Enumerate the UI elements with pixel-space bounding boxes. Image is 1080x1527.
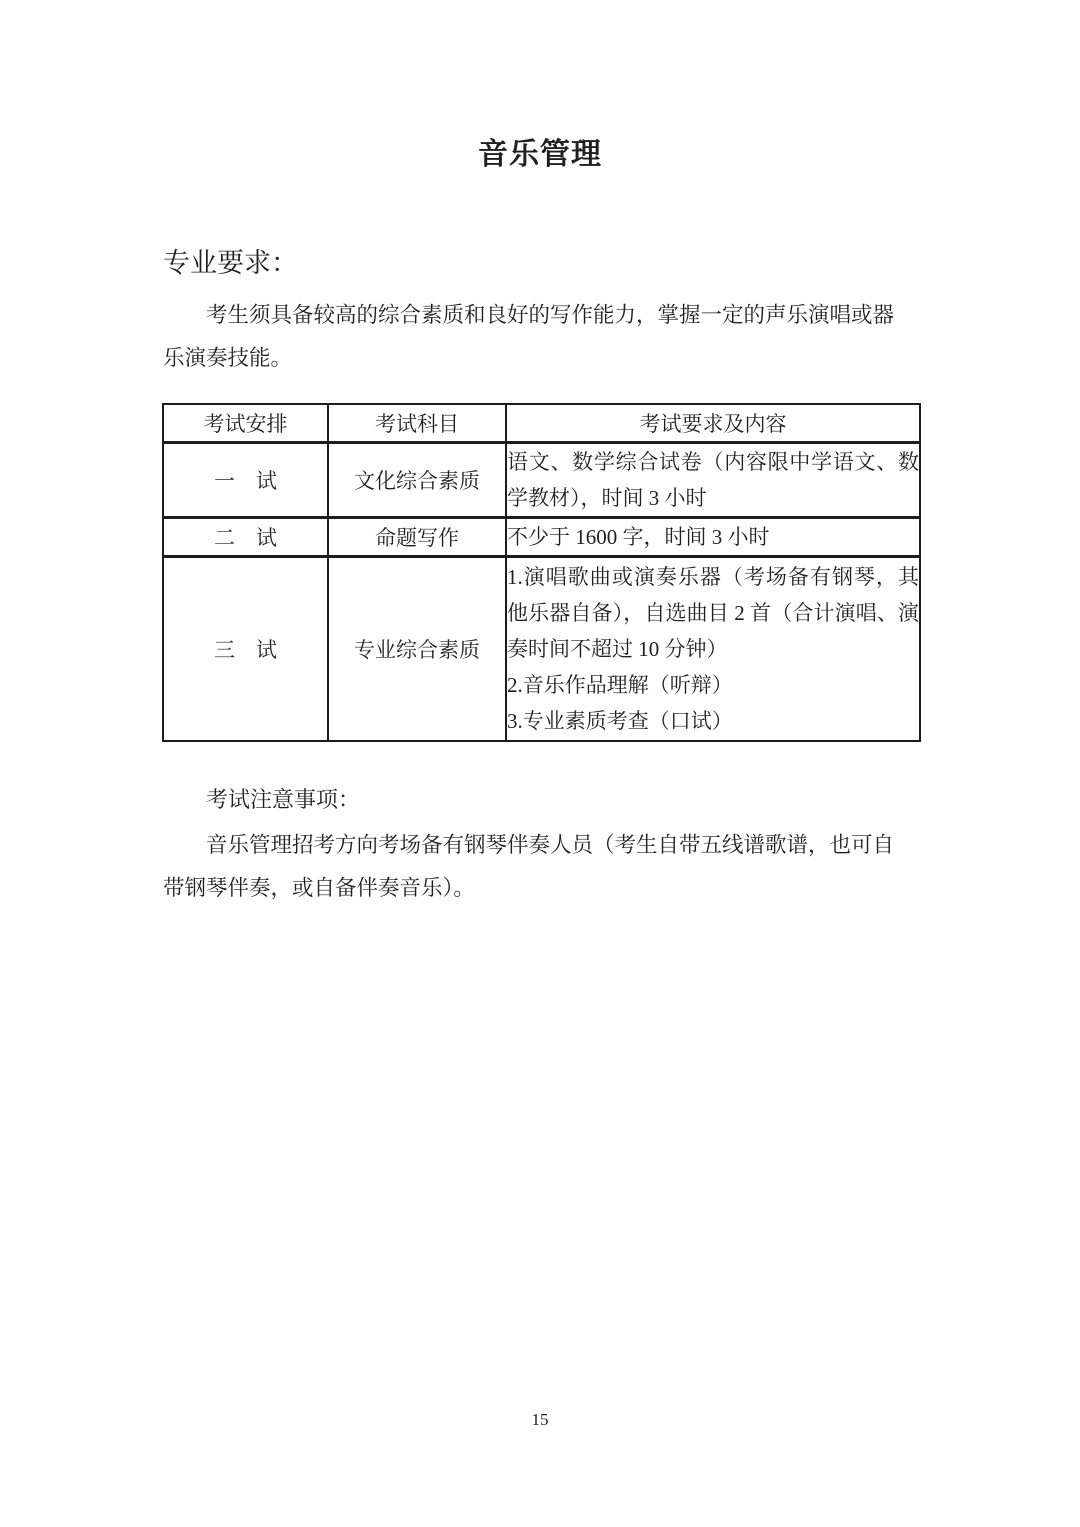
page-number: 15 bbox=[0, 1410, 1080, 1430]
content-cell: 不少于 1600 字，时间 3 小时 bbox=[506, 518, 920, 557]
header-cell-content: 考试要求及内容 bbox=[506, 404, 920, 443]
page-title: 音乐管理 bbox=[0, 133, 1080, 177]
table-row: 二 试命题写作不少于 1600 字，时间 3 小时 bbox=[163, 518, 920, 557]
exam-table-body: 一 试文化综合素质语文、数学综合试卷（内容限中学语文、数学教材），时间 3 小时… bbox=[163, 443, 920, 742]
content-item: 语文、数学综合试卷（内容限中学语文、数学教材），时间 3 小时 bbox=[507, 444, 919, 516]
document-page: 音乐管理 专业要求： 考生须具备较高的综合素质和良好的写作能力，掌握一定的声乐演… bbox=[0, 0, 1080, 1527]
arrangement-cell: 一 试 bbox=[163, 443, 328, 518]
notes-heading: 考试注意事项： bbox=[163, 784, 920, 816]
arrangement-cell: 二 试 bbox=[163, 518, 328, 557]
content-item: 3.专业素质考查（口试） bbox=[507, 703, 919, 739]
arrangement-cell: 三 试 bbox=[163, 557, 328, 742]
content-cell: 1.演唱歌曲或演奏乐器（考场备有钢琴，其他乐器自备），自选曲目 2 首（合计演唱… bbox=[506, 557, 920, 742]
exam-schedule-table: 考试安排 考试科目 考试要求及内容 一 试文化综合素质语文、数学综合试卷（内容限… bbox=[162, 403, 921, 742]
table-row: 三 试专业综合素质1.演唱歌曲或演奏乐器（考场备有钢琴，其他乐器自备），自选曲目… bbox=[163, 557, 920, 742]
header-cell-arrangement: 考试安排 bbox=[163, 404, 328, 443]
table-header-row: 考试安排 考试科目 考试要求及内容 bbox=[163, 404, 920, 443]
subject-cell: 文化综合素质 bbox=[328, 443, 506, 518]
content-cell: 语文、数学综合试卷（内容限中学语文、数学教材），时间 3 小时 bbox=[506, 443, 920, 518]
section-heading-requirements: 专业要求： bbox=[163, 243, 298, 283]
table-row: 一 试文化综合素质语文、数学综合试卷（内容限中学语文、数学教材），时间 3 小时 bbox=[163, 443, 920, 518]
subject-cell: 命题写作 bbox=[328, 518, 506, 557]
requirement-paragraph: 考生须具备较高的综合素质和良好的写作能力，掌握一定的声乐演唱或器 乐演奏技能。 bbox=[163, 294, 920, 380]
subject-cell: 专业综合素质 bbox=[328, 557, 506, 742]
content-item: 1.演唱歌曲或演奏乐器（考场备有钢琴，其他乐器自备），自选曲目 2 首（合计演唱… bbox=[507, 559, 919, 667]
content-item: 2.音乐作品理解（听辩） bbox=[507, 667, 919, 703]
notes-paragraph: 音乐管理招考方向考场备有钢琴伴奏人员（考生自带五线谱歌谱，也可自 带钢琴伴奏，或… bbox=[163, 824, 920, 910]
content-item: 不少于 1600 字，时间 3 小时 bbox=[507, 519, 919, 555]
header-cell-subject: 考试科目 bbox=[328, 404, 506, 443]
